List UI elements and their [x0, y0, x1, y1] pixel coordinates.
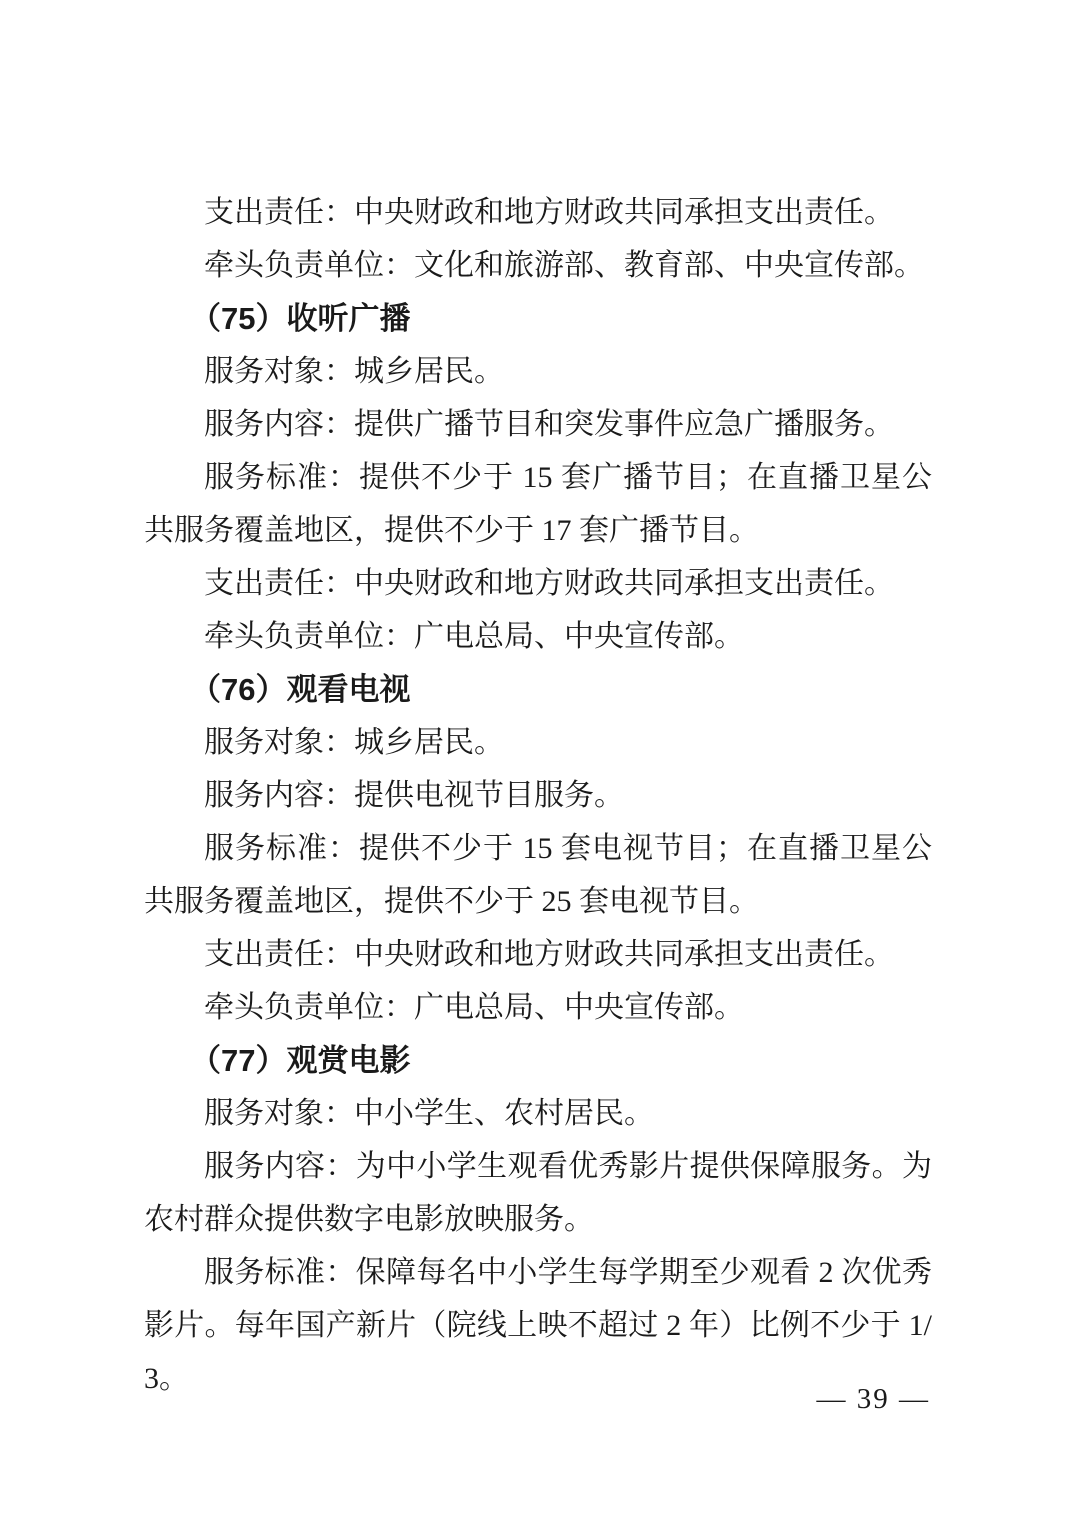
paragraph-item77-content: 服务内容：为中小学生观看优秀影片提供保障服务。为农村群众提供数字电影放映服务。: [144, 1140, 932, 1246]
paragraph-item75-content: 服务内容：提供广播节目和突发事件应急广播服务。: [144, 398, 932, 451]
page-number: — 39 —: [817, 1373, 931, 1426]
paragraph-item75-target: 服务对象：城乡居民。: [144, 345, 932, 398]
paragraph-item75-lead-unit: 牵头负责单位：广电总局、中央宣传部。: [144, 610, 932, 663]
paragraph-item76-standard: 服务标准：提供不少于 15 套电视节目；在直播卫星公共服务覆盖地区，提供不少于 …: [144, 822, 932, 928]
document-page: 支出责任：中央财政和地方财政共同承担支出责任。 牵头负责单位：文化和旅游部、教育…: [0, 0, 1074, 1520]
paragraph-item77-target: 服务对象：中小学生、农村居民。: [144, 1087, 932, 1140]
section-heading-item76: （76）观看电视: [144, 663, 932, 716]
paragraph-item76-content: 服务内容：提供电视节目服务。: [144, 769, 932, 822]
paragraph-item77-standard: 服务标准：保障每名中小学生每学期至少观看 2 次优秀影片。每年国产新片（院线上映…: [144, 1246, 932, 1405]
section-heading-item75: （75）收听广播: [144, 292, 932, 345]
paragraph-item76-lead-unit: 牵头负责单位：广电总局、中央宣传部。: [144, 981, 932, 1034]
document-content: 支出责任：中央财政和地方财政共同承担支出责任。 牵头负责单位：文化和旅游部、教育…: [144, 186, 932, 1405]
paragraph-item75-expenditure: 支出责任：中央财政和地方财政共同承担支出责任。: [144, 557, 932, 610]
section-heading-item77: （77）观赏电影: [144, 1034, 932, 1087]
paragraph-item76-expenditure: 支出责任：中央财政和地方财政共同承担支出责任。: [144, 928, 932, 981]
paragraph-item75-standard: 服务标准：提供不少于 15 套广播节目；在直播卫星公共服务覆盖地区，提供不少于 …: [144, 451, 932, 557]
paragraph-item74-lead-unit: 牵头负责单位：文化和旅游部、教育部、中央宣传部。: [144, 239, 932, 292]
paragraph-item76-target: 服务对象：城乡居民。: [144, 716, 932, 769]
paragraph-item74-expenditure: 支出责任：中央财政和地方财政共同承担支出责任。: [144, 186, 932, 239]
